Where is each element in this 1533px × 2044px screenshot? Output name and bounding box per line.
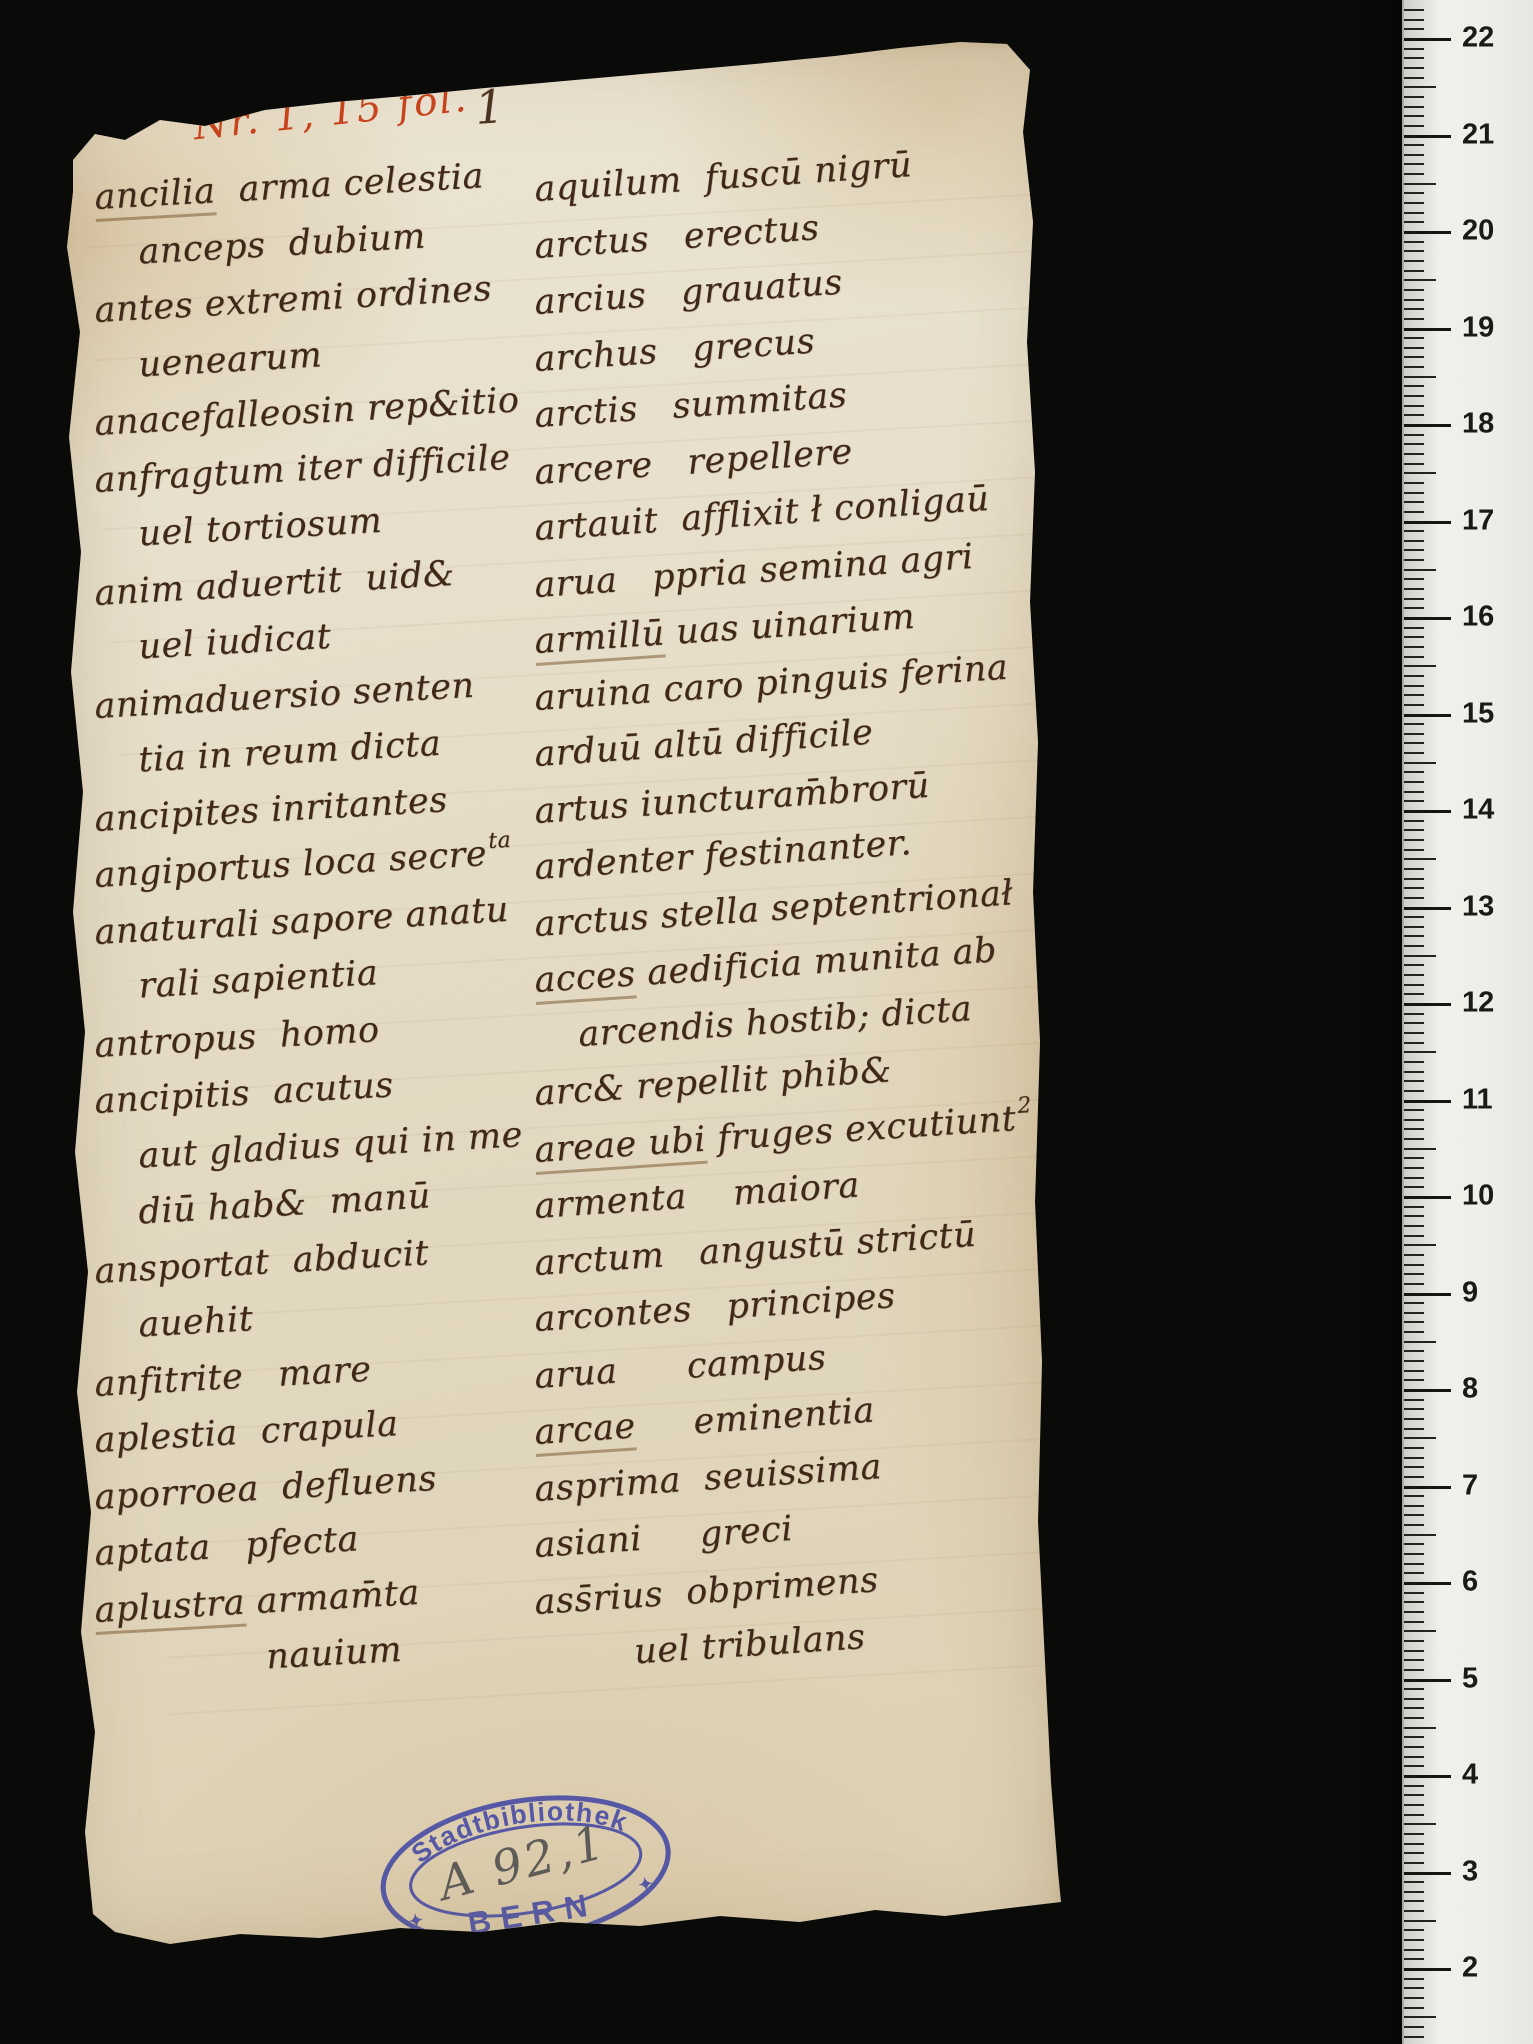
ruler-tick: [1404, 810, 1451, 813]
line-text: antropus homo: [93, 1010, 380, 1066]
ruler-tick: [1404, 1167, 1424, 1169]
ruler-tick: [1404, 376, 1436, 378]
ruler-tick: [1404, 1900, 1424, 1902]
ruler-tick: [1404, 858, 1436, 860]
ruler-tick: [1404, 511, 1424, 513]
ruler-number: 7: [1462, 1469, 1478, 1502]
ruler-tick: [1404, 173, 1424, 175]
ruler-tick: [1404, 385, 1424, 387]
library-stamp: Stadtbibliothek BERN ✦ ✦ A 92,1: [360, 1757, 691, 1987]
ruler-tick: [1404, 1022, 1424, 1024]
line-text: anfitrite mare: [93, 1349, 372, 1404]
ruler-tick: [1404, 1843, 1424, 1845]
ruler-tick: [1404, 135, 1451, 138]
ruler-tick: [1404, 685, 1424, 687]
ruler-tick: [1404, 424, 1451, 427]
ruler-number: 4: [1462, 1759, 1478, 1792]
ruler-tick: [1404, 1978, 1424, 1980]
ruler-tick: [1404, 1051, 1436, 1053]
ruler-tick: [1404, 1302, 1424, 1304]
ruler-tick: [1404, 559, 1424, 561]
ruler-tick: [1404, 125, 1424, 127]
ruler-tick: [1404, 279, 1436, 281]
ruler-tick: [1404, 849, 1424, 851]
ruler-tick: [1404, 1833, 1424, 1835]
ruler-tick: [1404, 1910, 1424, 1912]
ruler-tick: [1404, 974, 1424, 976]
ruler-tick: [1404, 154, 1424, 156]
ruler-number: 12: [1462, 987, 1494, 1020]
ruler-tick: [1404, 1312, 1424, 1314]
ruler-number: 19: [1462, 311, 1494, 344]
line-text: anceps dubium: [137, 216, 426, 272]
ruler-tick: [1404, 2026, 1424, 2028]
ruler-number: 2: [1462, 1952, 1478, 1985]
line-text: rali sapientia: [137, 953, 379, 1006]
ruler-tick: [1404, 1032, 1424, 1034]
ruler-tick: [1404, 231, 1451, 234]
ruler-tick: [1404, 723, 1424, 725]
ruler-tick: [1404, 1013, 1424, 1015]
ruler-tick: [1404, 1746, 1424, 1748]
ruler-tick: [1404, 1852, 1424, 1854]
ruler-tick: [1404, 1958, 1424, 1960]
ruler-number: 9: [1462, 1276, 1478, 1309]
ruler-tick: [1404, 762, 1436, 764]
ruler-tick: [1404, 598, 1424, 600]
stamp-star-right: ✦: [637, 1873, 654, 1895]
ruler-tick: [1404, 1563, 1424, 1565]
ruler-tick: [1404, 907, 1451, 910]
ruler-tick: [1404, 1640, 1424, 1642]
ruler-tick: [1404, 1486, 1451, 1489]
ruler-tick: [1404, 1128, 1424, 1130]
ruler-tick: [1404, 414, 1424, 416]
ruler-number: 20: [1462, 215, 1494, 248]
ruler-tick: [1404, 665, 1436, 667]
ruler-tick: [1404, 250, 1424, 252]
ruler-tick: [1404, 163, 1424, 165]
ruler-tick: [1404, 1466, 1424, 1468]
ruler-tick: [1404, 1157, 1424, 1159]
ruler-tick: [1404, 771, 1424, 773]
ruler-tick: [1404, 318, 1424, 320]
ruler-tick: [1404, 260, 1424, 262]
ruler-tick: [1404, 1987, 1424, 1989]
ruler-tick: [1404, 791, 1424, 793]
ruler-tick: [1404, 202, 1424, 204]
right-column: aquilum fuscū nigrūarctus erectusarcius …: [535, 164, 1065, 1690]
ruler-tick: [1404, 675, 1424, 677]
ruler-tick: [1404, 1293, 1451, 1296]
ruler-tick: [1404, 1582, 1451, 1585]
ruler-tick: [1404, 1196, 1451, 1199]
ruler-tick: [1404, 1254, 1424, 1256]
ruler-tick: [1404, 289, 1424, 291]
line-text: armam̄ta: [244, 1572, 421, 1622]
ruler-tick: [1404, 1003, 1451, 1006]
ruler-tick: [1404, 395, 1424, 397]
ruler-tick: [1404, 1186, 1424, 1188]
ruler-tick: [1404, 1071, 1424, 1073]
line-text: eminentia: [634, 1390, 876, 1446]
ruler-tick: [1404, 308, 1424, 310]
ruler-tick: [1404, 434, 1424, 436]
ruler-tick: [1404, 1341, 1436, 1343]
ruler-tick: [1404, 2007, 1424, 2009]
ruler-tick: [1404, 67, 1424, 69]
ruler-tick: [1404, 926, 1424, 928]
ruler-tick: [1404, 1399, 1424, 1401]
ruler-tick: [1404, 77, 1424, 79]
ruler-number: 15: [1462, 697, 1494, 730]
ruler-tick: [1404, 1592, 1424, 1594]
ruler-tick: [1404, 887, 1424, 889]
ruler-tick: [1404, 1273, 1424, 1275]
ruler-number: 10: [1462, 1180, 1494, 1213]
red-inscription: Nr. 1, 15 fol.: [191, 76, 470, 150]
ruler-tick: [1404, 221, 1424, 223]
ruler-number: 18: [1462, 408, 1494, 441]
ruler-tick: [1404, 1727, 1436, 1729]
ruler-number: 3: [1462, 1855, 1478, 1888]
ruler-ticks: 2221201918171615141312111098765432: [1404, 0, 1533, 2044]
ruler-tick: [1404, 1881, 1424, 1883]
line-text: uel tortiosum: [137, 501, 383, 555]
ruler-tick: [1404, 752, 1424, 754]
ruler-tick: [1404, 945, 1424, 947]
ruler-tick: [1404, 1370, 1424, 1372]
ruler-tick: [1404, 1630, 1436, 1632]
ruler-tick: [1404, 714, 1451, 717]
ruler-tick: [1404, 1862, 1424, 1864]
ruler-tick: [1404, 617, 1451, 620]
line-text: uel tribulans: [633, 1617, 867, 1672]
ruler-tick: [1404, 1659, 1424, 1661]
ruler-tick: [1404, 1688, 1424, 1690]
ruler-tick: [1404, 829, 1424, 831]
ruler-tick: [1404, 463, 1424, 465]
ruler-tick: [1404, 106, 1424, 108]
ruler-tick: [1404, 820, 1424, 822]
folio-number: 1: [473, 79, 506, 135]
ruler-tick: [1404, 405, 1424, 407]
ruler-tick: [1404, 1331, 1424, 1333]
ruler-tick: [1404, 38, 1451, 41]
ruler-tick: [1404, 270, 1424, 272]
ruler-tick: [1404, 1524, 1424, 1526]
ruler-tick: [1404, 1804, 1424, 1806]
underlined-lemma: ancilia: [93, 171, 216, 222]
ruler-tick: [1404, 501, 1424, 503]
ruler-tick: [1404, 144, 1424, 146]
ruler-tick: [1404, 212, 1424, 214]
ruler-tick: [1404, 492, 1424, 494]
ruler-tick: [1404, 443, 1424, 445]
ruler-tick: [1404, 337, 1424, 339]
ruler-tick: [1404, 1225, 1424, 1227]
ruler-tick: [1404, 993, 1424, 995]
line-text: asiani greci: [533, 1509, 794, 1566]
line-text: auehit: [137, 1299, 254, 1345]
ruler-tick: [1404, 28, 1424, 30]
ruler-tick: [1404, 1100, 1451, 1103]
ruler: 2221201918171615141312111098765432: [1402, 0, 1533, 2044]
ruler-tick: [1404, 704, 1424, 706]
ruler-tick: [1404, 1495, 1424, 1497]
ruler-tick: [1404, 482, 1424, 484]
line-text: ancipitis acutus: [93, 1065, 394, 1122]
underlined-lemma: arcae: [533, 1406, 637, 1457]
ruler-tick: [1404, 1997, 1424, 1999]
ruler-tick: [1404, 2016, 1436, 2018]
line-text: uel iudicat: [137, 617, 332, 668]
ruler-tick: [1404, 472, 1436, 474]
ruler-tick: [1404, 530, 1424, 532]
ruler-tick: [1404, 1476, 1424, 1478]
ruler-tick: [1404, 1080, 1424, 1082]
ruler-tick: [1404, 1949, 1424, 1951]
ruler-tick: [1404, 878, 1424, 880]
ruler-number: 14: [1462, 794, 1494, 827]
ruler-tick: [1404, 192, 1424, 194]
ruler-tick: [1404, 1611, 1424, 1613]
ruler-tick: [1404, 328, 1451, 331]
ruler-tick: [1404, 1090, 1424, 1092]
ruler-tick: [1404, 96, 1424, 98]
ruler-tick: [1404, 1707, 1424, 1709]
ruler-tick: [1404, 183, 1436, 185]
ruler-tick: [1404, 1119, 1424, 1121]
ruler-tick: [1404, 57, 1424, 59]
ruler-tick: [1404, 1756, 1424, 1758]
underlined-lemma: aplustra: [93, 1582, 246, 1634]
ruler-tick: [1404, 984, 1424, 986]
photo-stage: Nr. 1, 15 fol. 1 ancilia arma celestiaan…: [0, 0, 1533, 2044]
ruler-tick: [1404, 964, 1424, 966]
ruler-tick: [1404, 1514, 1424, 1516]
ruler-number: 13: [1462, 890, 1494, 923]
ruler-number: 8: [1462, 1373, 1478, 1406]
ruler-tick: [1404, 1505, 1424, 1507]
ruler-tick: [1404, 1601, 1424, 1603]
ruler-tick: [1404, 453, 1424, 455]
ruler-tick: [1404, 1891, 1424, 1893]
ruler-tick: [1404, 868, 1424, 870]
ruler-tick: [1404, 588, 1424, 590]
ruler-tick: [1404, 1177, 1424, 1179]
ruler-tick: [1404, 1736, 1424, 1738]
ruler-tick: [1404, 1939, 1424, 1941]
ruler-number: 22: [1462, 22, 1494, 55]
superscript-abbreviation: 2: [1016, 1092, 1032, 1118]
underlined-lemma: armillū: [533, 613, 666, 666]
ruler-tick: [1404, 1061, 1424, 1063]
ruler-tick: [1404, 1621, 1424, 1623]
ruler-tick: [1404, 1148, 1436, 1150]
ruler-tick: [1404, 1679, 1451, 1682]
ruler-tick: [1404, 897, 1424, 899]
ruler-tick: [1404, 1042, 1424, 1044]
line-text: uenearum: [137, 335, 323, 385]
ruler-number: 11: [1462, 1083, 1493, 1116]
ruler-number: 6: [1462, 1566, 1478, 1599]
ruler-tick: [1404, 86, 1436, 88]
ruler-tick: [1404, 694, 1424, 696]
ruler-tick: [1404, 742, 1424, 744]
line-text: uas uinarium: [663, 597, 916, 654]
ruler-tick: [1404, 636, 1424, 638]
manuscript-page: Nr. 1, 15 fol. 1 ancilia arma celestiaan…: [55, 42, 1065, 1957]
ruler-tick: [1404, 1775, 1451, 1778]
ruler-tick: [1404, 1968, 1451, 1971]
ruler-tick: [1404, 1794, 1424, 1796]
ruler-tick: [1404, 1360, 1424, 1362]
ruler-tick: [1404, 1283, 1424, 1285]
line-text: aptata pfecta: [93, 1519, 359, 1574]
ruler-tick: [1404, 1428, 1424, 1430]
ruler-tick: [1404, 1823, 1436, 1825]
underlined-lemma: acces: [533, 954, 637, 1005]
line-text: aplestia crapula: [93, 1404, 399, 1461]
ruler-tick: [1404, 1389, 1451, 1392]
ruler-tick: [1404, 1215, 1424, 1217]
ruler-number: 16: [1462, 601, 1494, 634]
underlined-lemma: areae ubi: [533, 1119, 707, 1174]
line-text: nauium: [265, 1630, 403, 1678]
ruler-tick: [1404, 347, 1424, 349]
ruler-tick: [1404, 1669, 1424, 1671]
line-text: tia in reum dicta: [137, 724, 442, 781]
ruler-tick: [1404, 1872, 1451, 1875]
ruler-tick: [1404, 521, 1451, 524]
ruler-tick: [1404, 1765, 1424, 1767]
ruler-tick: [1404, 366, 1424, 368]
ruler-tick: [1404, 1447, 1424, 1449]
ruler-tick: [1404, 1543, 1424, 1545]
ruler-tick: [1404, 733, 1424, 735]
line-text: diū hab& manū: [137, 1176, 431, 1232]
ruler-tick: [1404, 1408, 1424, 1410]
line-text: arma celestia: [214, 156, 485, 211]
ruler-tick: [1404, 627, 1424, 629]
ruler-number: 21: [1462, 118, 1494, 151]
ruler-tick: [1404, 1244, 1436, 1246]
ruler-tick: [1404, 115, 1424, 117]
ruler-tick: [1404, 656, 1424, 658]
ruler-tick: [1404, 19, 1424, 21]
stamp-star-left: ✦: [407, 1910, 424, 1932]
ruler-tick: [1404, 241, 1424, 243]
ruler-tick: [1404, 781, 1424, 783]
ruler-tick: [1404, 9, 1424, 11]
left-column: ancilia arma celestiaanceps dubiumantes …: [95, 172, 535, 1698]
ruler-tick: [1404, 1785, 1424, 1787]
ruler-tick: [1404, 356, 1424, 358]
ruler-tick: [1404, 2036, 1424, 2038]
ruler-tick: [1404, 1920, 1436, 1922]
ruler-tick: [1404, 1437, 1436, 1439]
ruler-tick: [1404, 540, 1424, 542]
ruler-tick: [1404, 916, 1424, 918]
ruler-tick: [1404, 1717, 1424, 1719]
ruler-tick: [1404, 1650, 1424, 1652]
ruler-tick: [1404, 1929, 1424, 1931]
ruler-tick: [1404, 1553, 1424, 1555]
ruler-tick: [1404, 1350, 1424, 1352]
ruler-tick: [1404, 1457, 1424, 1459]
ruler-tick: [1404, 1264, 1424, 1266]
ruler-tick: [1404, 800, 1424, 802]
ruler-number: 17: [1462, 504, 1494, 537]
ruler-tick: [1404, 1572, 1424, 1574]
ruler-tick: [1404, 935, 1424, 937]
ruler-tick: [1404, 1109, 1424, 1111]
ruler-tick: [1404, 1418, 1424, 1420]
ruler-number: 5: [1462, 1662, 1478, 1695]
ruler-tick: [1404, 646, 1424, 648]
ruler-tick: [1404, 607, 1424, 609]
ruler-tick: [1404, 1206, 1424, 1208]
ruler-tick: [1404, 1698, 1424, 1700]
ruler-tick: [1404, 1534, 1436, 1536]
ruler-tick: [1404, 1379, 1424, 1381]
ruler-tick: [1404, 1235, 1424, 1237]
ruler-tick: [1404, 839, 1424, 841]
ruler-tick: [1404, 1321, 1424, 1323]
ruler-tick: [1404, 299, 1424, 301]
ruler-tick: [1404, 48, 1424, 50]
ruler-tick: [1404, 549, 1424, 551]
ruler-tick: [1404, 569, 1436, 571]
ruler-tick: [1404, 578, 1424, 580]
ruler-tick: [1404, 1138, 1424, 1140]
superscript-abbreviation: ta: [488, 828, 512, 854]
ruler-tick: [1404, 955, 1436, 957]
ruler-tick: [1404, 1814, 1424, 1816]
